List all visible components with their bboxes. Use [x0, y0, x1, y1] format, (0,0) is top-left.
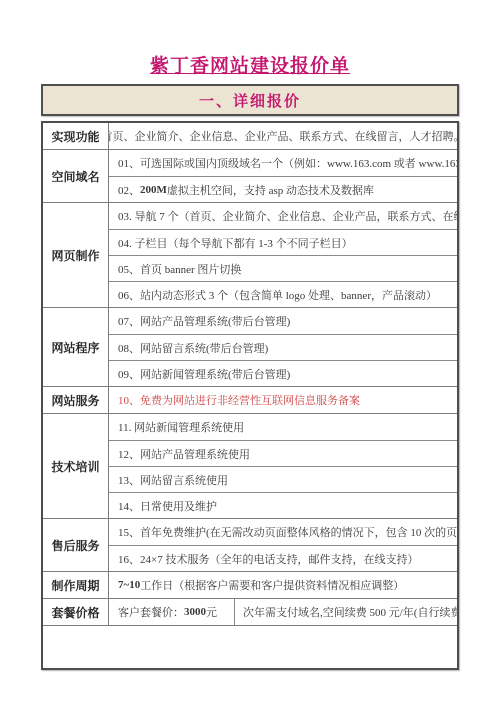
- page-title: 紫丁香网站建设报价单: [41, 0, 459, 80]
- section-training: 技术培训 11. 网站新闻管理系统使用 12、网站产品管理系统使用 13、网站留…: [43, 413, 457, 518]
- table-row-07: 07、网站产品管理系统(带后台管理): [109, 308, 457, 334]
- section-header-text: 一、详细报价: [199, 90, 301, 111]
- table-row-09: 09、网站新闻管理系统(带后台管理): [109, 360, 457, 386]
- bold-price-value: 3000: [184, 606, 206, 618]
- table-empty-area: [43, 625, 457, 668]
- table-row-16: 16、24×7 技术服务（全年的电话支持，邮件支持，在线支持）: [109, 545, 457, 571]
- table-row-cycle: 7~10 工作日（根据客户需要和客户提供资料情况相应调整）: [109, 572, 457, 598]
- table-row-11: 11. 网站新闻管理系统使用: [109, 414, 457, 440]
- row-label-service: 网站服务: [43, 387, 109, 413]
- row-label-cycle: 制作周期: [43, 572, 109, 598]
- table-row-features: 首页、企业简介、企业信息、企业产品、联系方式、在线留言，人才招聘。: [109, 123, 457, 149]
- bold-cycle-days: 7~10: [118, 579, 140, 591]
- table-row-06: 06、站内动态形式 3 个（包含简单 logo 处理、banner，产品滚动）: [109, 281, 457, 307]
- table-row-10-highlight: 10、免费为网站进行非经营性互联网信息服务备案: [109, 387, 457, 413]
- table-row-08: 08、网站留言系统(带后台管理): [109, 334, 457, 360]
- section-webdesign: 网页制作 03. 导航 7 个（首页、企业简介、企业信息、企业产品，联系方式、在…: [43, 202, 457, 307]
- table-row-12: 12、网站产品管理系统使用: [109, 440, 457, 466]
- table-row-02: 02、200M 虚拟主机空间，支持 asp 动态技术及数据库: [109, 176, 457, 202]
- table-row-01: 01、可选国际或国内顶级域名一个（例如：www.163.com 或者 www.1…: [109, 150, 457, 176]
- quotation-table: 实现功能 首页、企业简介、企业信息、企业产品、联系方式、在线留言，人才招聘。 空…: [41, 121, 459, 670]
- section-features: 实现功能 首页、企业简介、企业信息、企业产品、联系方式、在线留言，人才招聘。: [43, 123, 457, 149]
- section-domain: 空间域名 01、可选国际或国内顶级域名一个（例如：www.163.com 或者 …: [43, 149, 457, 202]
- row-label-domain: 空间域名: [43, 150, 109, 202]
- section-program: 网站程序 07、网站产品管理系统(带后台管理) 08、网站留言系统(带后台管理)…: [43, 307, 457, 386]
- row-label-training: 技术培训: [43, 414, 109, 518]
- table-row-15: 15、首年免费维护(在无需改动页面整体风格的情况下，包含 10 次的页面维护)。: [109, 519, 457, 545]
- price-cell: 客户套餐价：3000 元: [109, 599, 235, 625]
- row-label-webdesign: 网页制作: [43, 203, 109, 307]
- table-row-14: 14、日常使用及维护: [109, 492, 457, 518]
- section-header-bar: 一、详细报价: [41, 84, 459, 116]
- quotation-page: 紫丁香网站建设报价单 一、详细报价 实现功能 首页、企业简介、企业信息、企业产品…: [0, 0, 500, 708]
- section-aftersales: 售后服务 15、首年免费维护(在无需改动页面整体风格的情况下，包含 10 次的页…: [43, 518, 457, 571]
- table-row-05: 05、首页 banner 图片切换: [109, 255, 457, 281]
- section-price: 套餐价格 客户套餐价：3000 元 次年需支付域名,空间续费 500 元/年(自…: [43, 598, 457, 625]
- renewal-cell: 次年需支付域名,空间续费 500 元/年(自行续费)。: [235, 599, 457, 625]
- section-cycle: 制作周期 7~10 工作日（根据客户需要和客户提供资料情况相应调整）: [43, 571, 457, 598]
- section-service: 网站服务 10、免费为网站进行非经营性互联网信息服务备案: [43, 386, 457, 413]
- bold-200m: 200M: [140, 184, 167, 196]
- table-row-03: 03. 导航 7 个（首页、企业简介、企业信息、企业产品，联系方式、在线留言，人…: [109, 203, 457, 229]
- row-label-features: 实现功能: [43, 123, 109, 149]
- table-row-04: 04. 子栏目（每个导航下都有 1-3 个不同子栏目）: [109, 229, 457, 255]
- row-label-price: 套餐价格: [43, 599, 109, 625]
- table-row-price: 客户套餐价：3000 元 次年需支付域名,空间续费 500 元/年(自行续费)。: [109, 599, 457, 625]
- row-label-aftersales: 售后服务: [43, 519, 109, 571]
- row-label-program: 网站程序: [43, 308, 109, 386]
- table-row-13: 13、网站留言系统使用: [109, 466, 457, 492]
